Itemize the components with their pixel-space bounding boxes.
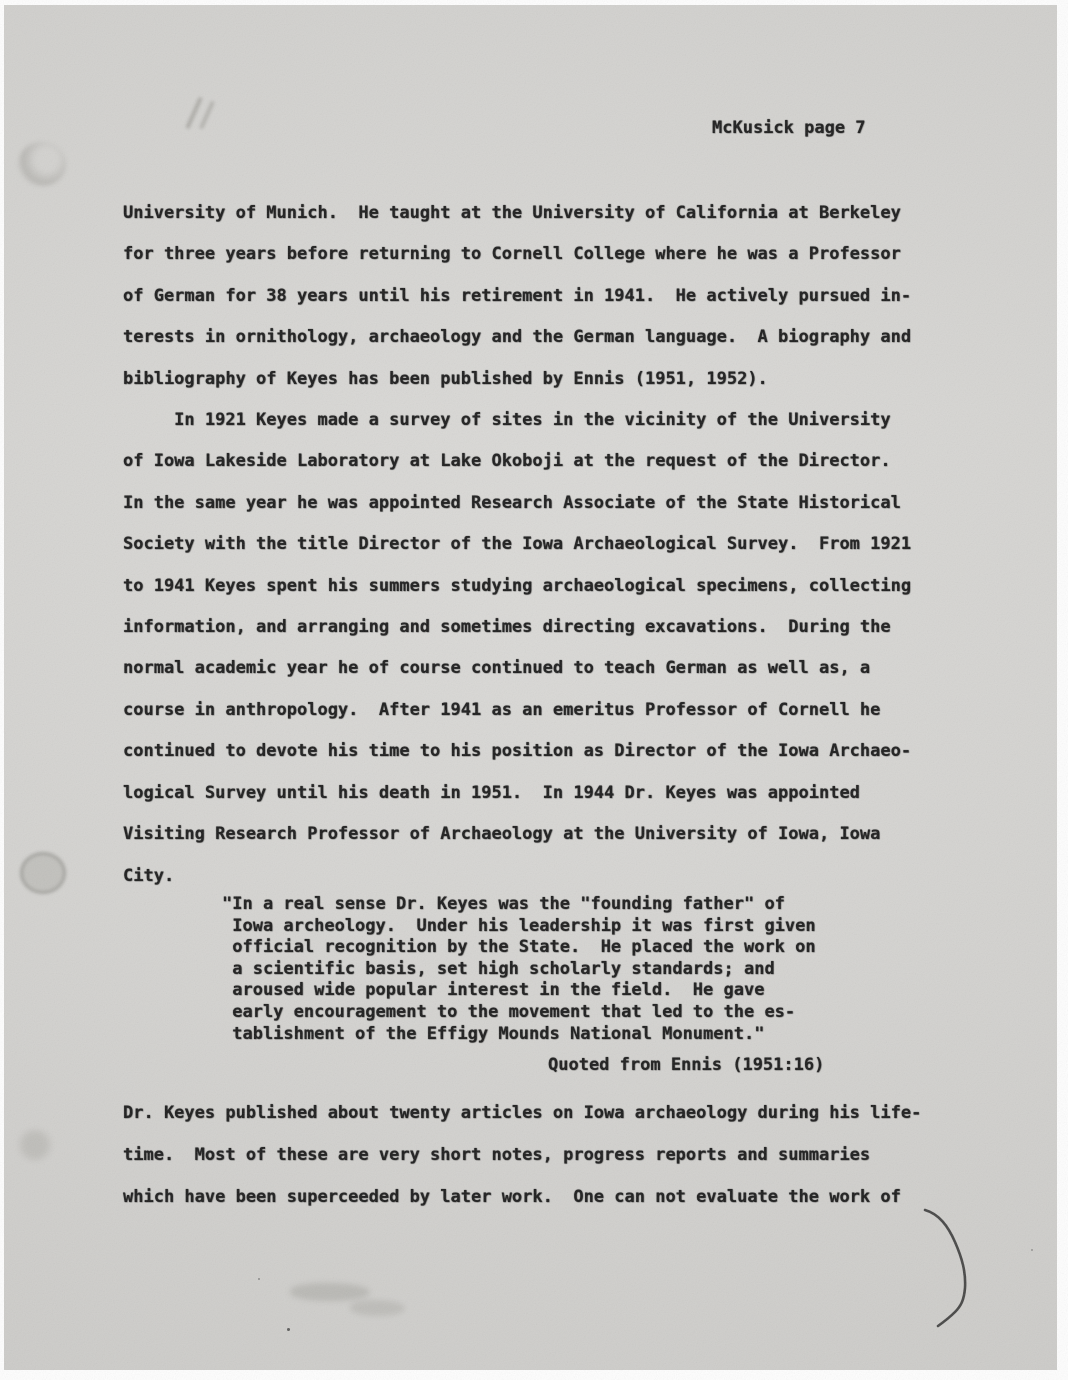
quote-block: "In a real sense Dr. Keyes was the "foun… [222, 894, 816, 1045]
body-paragraphs: University of Munich. He taught at the U… [123, 193, 911, 897]
scanned-page: McKusick page 7 University of Munich. He… [0, 0, 1068, 1380]
page-header: McKusick page 7 [712, 118, 866, 138]
ink-speck [258, 1278, 260, 1280]
quote-attribution: Quoted from Ennis (1951:16) [548, 1054, 824, 1076]
closing-paragraph: Dr. Keyes published about twenty article… [123, 1093, 921, 1218]
ink-speck [1031, 1249, 1033, 1251]
ink-speck [287, 1328, 290, 1331]
